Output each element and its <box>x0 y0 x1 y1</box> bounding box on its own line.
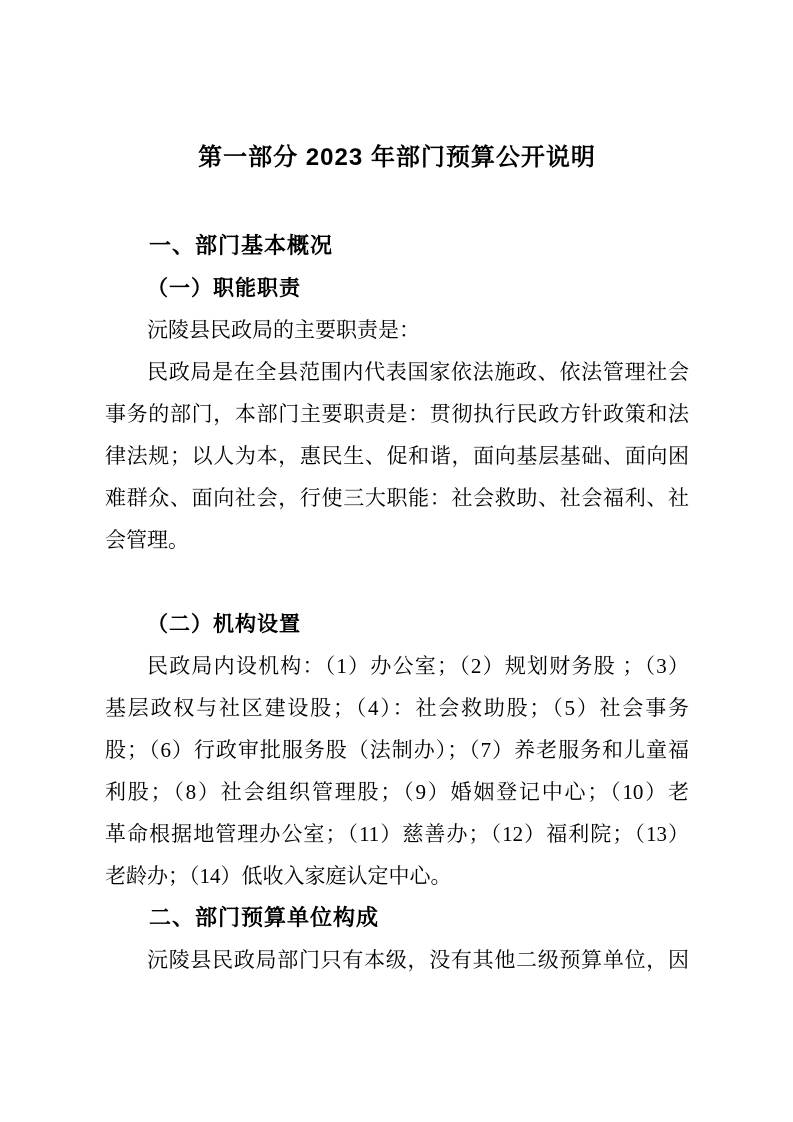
paragraph-budget-unit: 沅陵县民政局部门只有本级，没有其他二级预算单位，因 <box>105 939 689 981</box>
text-line: 民政局是在全县范围内代表国家依法施政、依法管理社会 <box>105 351 689 393</box>
heading-section-1: 一、部门基本概况 <box>105 225 689 267</box>
blank-line <box>105 561 689 603</box>
text-line: 律法规；以人为本，惠民生、促和谐，面向基层基础、面向困 <box>105 435 689 477</box>
text-line: 沅陵县民政局的主要职责是： <box>105 309 689 351</box>
heading-sub-1-2: （二）机构设置 <box>105 603 689 645</box>
text-line: 利股；（8）社会组织管理股；（9）婚姻登记中心；（10）老 <box>105 771 689 813</box>
paragraph-duty-detail: 民政局是在全县范围内代表国家依法施政、依法管理社会事务的部门，本部门主要职责是：… <box>105 351 689 561</box>
document-page: 第一部分 2023 年部门预算公开说明 一、部门基本概况 （一）职能职责 沅陵县… <box>0 0 793 1122</box>
paragraph-duty-intro: 沅陵县民政局的主要职责是： <box>105 309 689 351</box>
heading-section-2: 二、部门预算单位构成 <box>105 897 689 939</box>
text-line: 会管理。 <box>105 519 689 561</box>
paragraph-org-structure: 民政局内设机构：（1）办公室；（2）规划财务股 ；（3）基层政权与社区建设股；（… <box>105 645 689 897</box>
text-line: 基层政权与社区建设股；（4）：社会救助股；（5）社会事务 <box>105 687 689 729</box>
text-line: 老龄办；（14）低收入家庭认定中心。 <box>105 855 689 897</box>
text-line: 难群众、面向社会，行使三大职能：社会救助、社会福利、社 <box>105 477 689 519</box>
text-line: 事务的部门，本部门主要职责是：贯彻执行民政方针政策和法 <box>105 393 689 435</box>
text-line: 股；（6）行政审批服务股（法制办）；（7）养老服务和儿童福 <box>105 729 689 771</box>
text-line: 民政局内设机构：（1）办公室；（2）规划财务股 ；（3） <box>105 645 689 687</box>
document-title: 第一部分 2023 年部门预算公开说明 <box>105 140 689 176</box>
text-line: 沅陵县民政局部门只有本级，没有其他二级预算单位，因 <box>105 939 689 981</box>
text-line: 革命根据地管理办公室；（11）慈善办；（12）福利院；（13） <box>105 813 689 855</box>
heading-sub-1-1: （一）职能职责 <box>105 267 689 309</box>
